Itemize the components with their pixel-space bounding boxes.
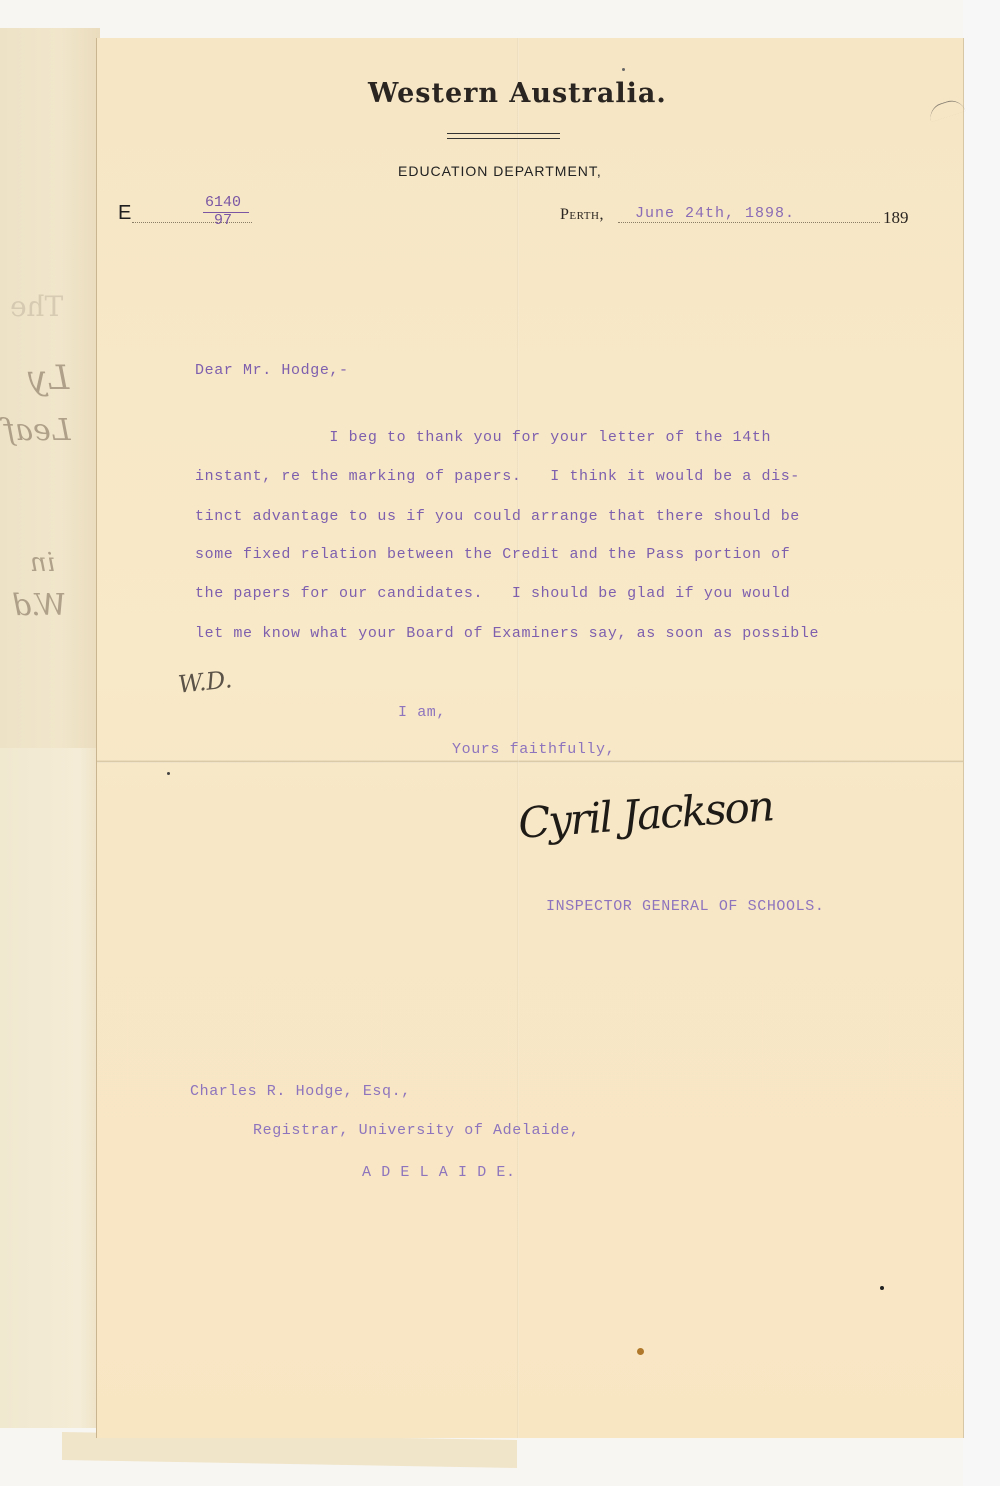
date-dotted-line <box>618 222 880 223</box>
closing-line: Yours faithfully, <box>452 741 615 758</box>
closing-line: I am, <box>398 704 446 721</box>
underlying-handwriting: W.d <box>12 588 66 623</box>
paper-speck <box>622 68 625 71</box>
body-line: instant, re the marking of papers. I thi… <box>195 468 800 485</box>
letter-date: June 24th, 1898. <box>635 205 795 222</box>
paper-speck <box>167 772 170 775</box>
margin-initials: W.D. <box>177 665 234 699</box>
underlying-handwriting: in <box>30 548 55 578</box>
printed-year-prefix: 189 <box>883 208 909 228</box>
body-line: the papers for our candidates. I should … <box>195 585 790 602</box>
paper-speck <box>880 1286 884 1290</box>
reference-number-top: 6140 <box>205 194 241 211</box>
addressee-city: A D E L A I D E. <box>362 1164 516 1181</box>
addressee-name: Charles R. Hodge, Esq., <box>190 1083 411 1100</box>
dateline-place: Perth, <box>560 206 604 224</box>
letterhead-title: Western Australia. <box>368 78 668 109</box>
salutation: Dear Mr. Hodge,- <box>195 362 349 379</box>
addressee-position: Registrar, University of Adelaide, <box>253 1122 579 1139</box>
scan-background <box>963 0 1000 1486</box>
reference-number-bottom: 97 <box>214 212 232 229</box>
reference-dotted-line <box>132 222 252 223</box>
underlying-handwriting: Ly <box>28 358 69 398</box>
underlying-handwriting: Leaf <box>4 413 71 448</box>
letter-sheet <box>97 38 963 1438</box>
body-line: tinct advantage to us if you could arran… <box>195 508 800 525</box>
reference-prefix: E <box>118 202 131 225</box>
body-line: I beg to thank you for your letter of th… <box>195 429 771 446</box>
underlying-page: The Ly Leaf in W.d <box>0 28 100 1428</box>
underlying-page-lower-fold <box>0 748 100 1428</box>
signatory-title: INSPECTOR GENERAL OF SCHOOLS. <box>546 898 824 915</box>
underlying-faded-heading: The <box>10 290 63 323</box>
department-name: EDUCATION DEPARTMENT, <box>398 163 602 179</box>
body-line: let me know what your Board of Examiners… <box>195 625 819 642</box>
body-line: some fixed relation between the Credit a… <box>195 546 790 563</box>
letterhead-rule <box>447 133 560 139</box>
paper-stain <box>637 1348 644 1355</box>
